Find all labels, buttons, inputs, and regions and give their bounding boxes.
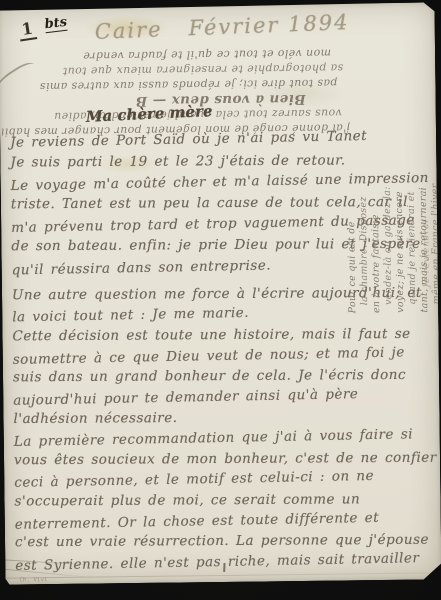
margin-scribble: Je reviendrai [420, 152, 432, 287]
archival-note-line: E. Flamand 1798 1983-13-18 [20, 583, 111, 591]
bottom-pen-tick [223, 563, 225, 572]
body-line: Je suis parti le 19 et le 23 j'étais de … [10, 152, 345, 170]
letter-date-heading: CaireFévrier 1894 [94, 10, 350, 44]
heading-date: Février 1894 [188, 10, 350, 40]
body-line: l'adhésion nécessaire. [13, 410, 177, 427]
body-line: soumettre à ce que Dieu veut de nous; et… [13, 344, 405, 368]
inverted-closing-lines: j'ai donné congé de mon logement pour ch… [1, 43, 352, 139]
body-line: vous êtes soucieux de mon bonheur, c'est… [14, 450, 437, 469]
body-line: la voici tout net : Je me marie. [12, 305, 249, 326]
body-line: aujourd'hui pour te demander ainsi qu'à … [13, 386, 358, 409]
body-line: s'occuperait plus de moi, ce serait comm… [14, 491, 360, 509]
body-line: Cette décision est toute une histoire, m… [12, 326, 410, 344]
body-line: est Syrienne. elle n'est pas riche, mais… [15, 550, 419, 574]
page-number: 1 [17, 18, 37, 41]
heading-place: Caire [94, 17, 163, 44]
photo-background: 1 bts CaireFévrier 1894 j'ai donné congé… [0, 0, 441, 600]
letter-page: 1 bts CaireFévrier 1894 j'ai donné congé… [0, 2, 441, 584]
body-line: c'est une vraie résurrection. La personn… [15, 532, 429, 551]
letter-body: Je reviens de Port Saïd où je n'ai pas v… [0, 2, 434, 7]
body-line: qu'il réussira dans son entreprise. [12, 257, 272, 278]
body-line: enterrement. Or la chose est toute diffé… [15, 510, 380, 533]
body-line: suis dans un grand bonheur de cela. Je l… [13, 367, 406, 385]
body-line: ceci à personne, et le motif est celui-c… [14, 468, 374, 491]
ink-mark: bts [44, 15, 68, 34]
body-line: La première recommandation que j'ai à vo… [14, 426, 414, 450]
archival-note: Ch. Vivi E. Flamand 1798 1983-13-18 [19, 576, 110, 590]
